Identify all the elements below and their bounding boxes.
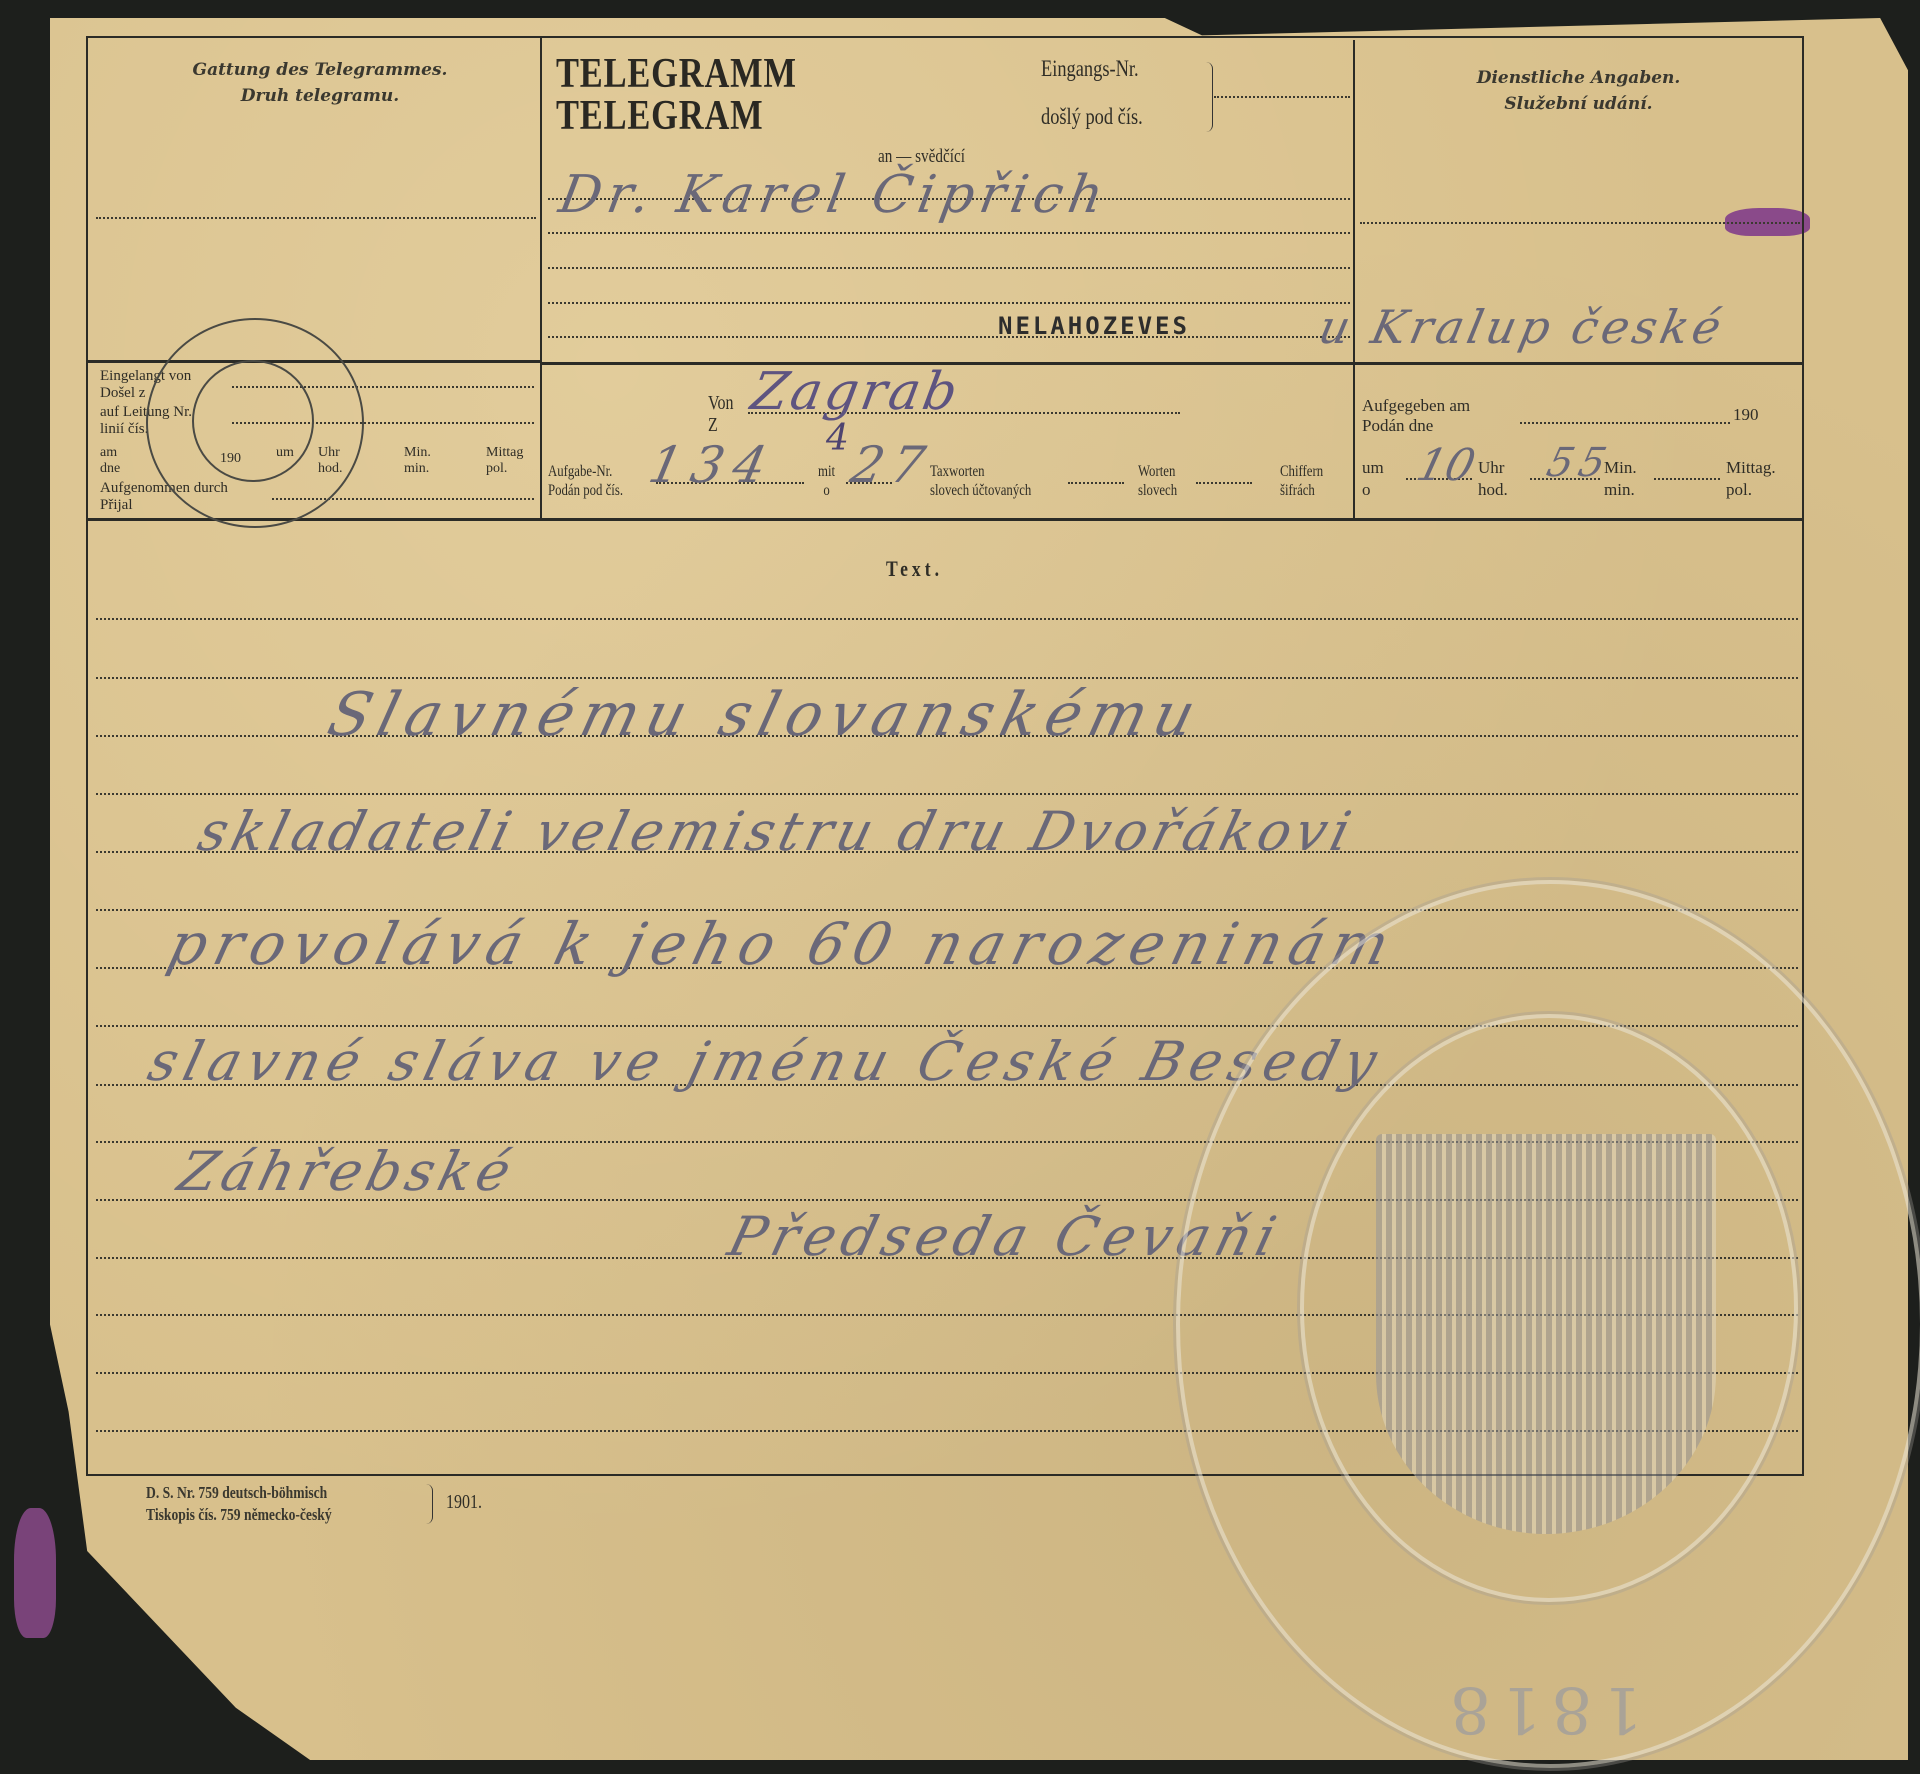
words-de: Worten [1138, 462, 1177, 481]
purple-wax-mark-left [14, 1508, 56, 1638]
message-line-1: Slavnému slovanskému [321, 680, 1210, 750]
cipher-label: Chiffern šifrách [1280, 462, 1323, 500]
from-mark-handwritten: 4 [826, 418, 849, 459]
submission-number-handwritten: 134 [644, 436, 782, 494]
taxed-words-de: Taxworten [930, 462, 1031, 481]
official-header-cs: Služební udání. [1355, 96, 1802, 113]
submitted-on-field [1520, 422, 1730, 424]
submitted-on-label: Aufgegeben am Podán dne [1362, 396, 1470, 436]
am-label: am [100, 444, 117, 461]
address-line-3 [548, 267, 1350, 269]
header-bottom-right [1355, 362, 1802, 365]
museum-seal: 1818 [1176, 880, 1920, 1768]
message-line-4: slavné sláva ve jménu České Besedy [142, 1030, 1390, 1093]
postmark-inner-ring [192, 360, 314, 482]
official-header-de: Dienstliche Angaben. [1355, 70, 1802, 87]
pol-label: pol. [486, 460, 507, 477]
kind-header-cs: Druh telegramu. [100, 88, 540, 105]
incoming-nr-de: Eingangs-Nr. [1041, 56, 1139, 82]
address-line-5 [548, 336, 1350, 338]
title-cs: TELEGRAM [556, 94, 763, 138]
footer-brace [426, 1484, 433, 1524]
postmark-stamp [146, 318, 364, 528]
text-line-1 [96, 618, 1798, 620]
from-label-de: Von [708, 392, 734, 414]
word-count-handwritten: 27 [846, 436, 938, 494]
incoming-nr-field [1214, 96, 1350, 98]
footer-line-1: D. S. Nr. 759 deutsch-böhmisch [146, 1482, 332, 1504]
min-cs-label: min. [404, 460, 429, 477]
addressee-label: an — svědčící [878, 148, 965, 165]
kind-field-line [96, 217, 536, 219]
hod-label-right: hod. [1478, 480, 1508, 500]
incoming-nr-cs: došlý pod čís. [1041, 104, 1143, 130]
museum-seal-year: 1818 [1440, 1672, 1643, 1746]
text-line-2 [96, 677, 1798, 679]
taxed-words-cs: slovech účtovaných [930, 481, 1031, 500]
cipher-de: Chiffern [1280, 462, 1323, 481]
recipient-location-handwritten: u Kralup české [1314, 300, 1730, 354]
cipher-field [1196, 482, 1252, 484]
form-number-footer: D. S. Nr. 759 deutsch-böhmisch Tiskopis … [146, 1482, 332, 1526]
address-line-4 [548, 302, 1350, 304]
submitted-on-cs: Podán dne [1362, 416, 1470, 436]
from-place-handwritten: Zagrab [747, 362, 965, 422]
meta-bottom [88, 518, 1802, 521]
uhr-label-right: Uhr [1478, 458, 1504, 478]
place-stamp: NELAHOZEVES [998, 312, 1190, 340]
min-de-label: Min. [404, 444, 431, 461]
submitted-on-de: Aufgegeben am [1362, 396, 1470, 416]
submitted-year: 190 [1733, 406, 1759, 423]
min-cs-label-right: min. [1604, 480, 1635, 500]
words-cs: slovech [1138, 481, 1177, 500]
cipher-cs: šifrách [1280, 481, 1323, 500]
text-heading: Text. [886, 560, 943, 577]
from-label-cs: Z [708, 414, 734, 436]
mit-cs: o [818, 481, 835, 500]
o-label-right: o [1362, 480, 1371, 500]
title-de: TELEGRAMM [556, 52, 797, 96]
mittag-label-right: Mittag. [1726, 458, 1776, 478]
form-year: 1901. [446, 1494, 482, 1511]
message-line-3: provolává k jeho 60 narozeninám [162, 910, 1404, 978]
pol-label-right: pol. [1726, 480, 1752, 500]
mit-de: mit [818, 462, 835, 481]
museum-seal-shield [1376, 1134, 1716, 1534]
words-field [1068, 482, 1124, 484]
incoming-nr-brace [1206, 62, 1213, 132]
mittag-field [1654, 478, 1720, 480]
message-line-2: skladateli velemistru dru Dvořákovi [192, 800, 1362, 863]
taxed-words-label: Taxworten slovech účtovaných [930, 462, 1031, 500]
from-label: Von Z [708, 392, 734, 436]
official-field-line [1360, 222, 1800, 224]
address-line-2 [548, 232, 1350, 234]
kind-header-de: Gattung des Telegrammes. [100, 62, 540, 79]
um-label-right: um [1362, 458, 1384, 478]
submission-nr-label: Aufgabe-Nr. Podán pod čís. [548, 462, 623, 500]
divider-left [540, 36, 542, 520]
message-line-5: Záhřebské [172, 1140, 522, 1203]
mit-label: mit o [818, 462, 835, 500]
minutes-handwritten: 55 [1542, 440, 1616, 486]
dne-label: dne [100, 460, 120, 477]
submission-nr-cs: Podán pod čís. [548, 481, 623, 500]
submission-nr-de: Aufgabe-Nr. [548, 462, 623, 481]
footer-line-2: Tiskopis čís. 759 německo-český [146, 1504, 332, 1526]
recipient-handwritten: Dr. Karel Čipřich [555, 165, 1114, 225]
text-line-4 [96, 793, 1798, 795]
words-label: Worten slovech [1138, 462, 1177, 500]
mittag-label: Mittag [486, 444, 523, 461]
